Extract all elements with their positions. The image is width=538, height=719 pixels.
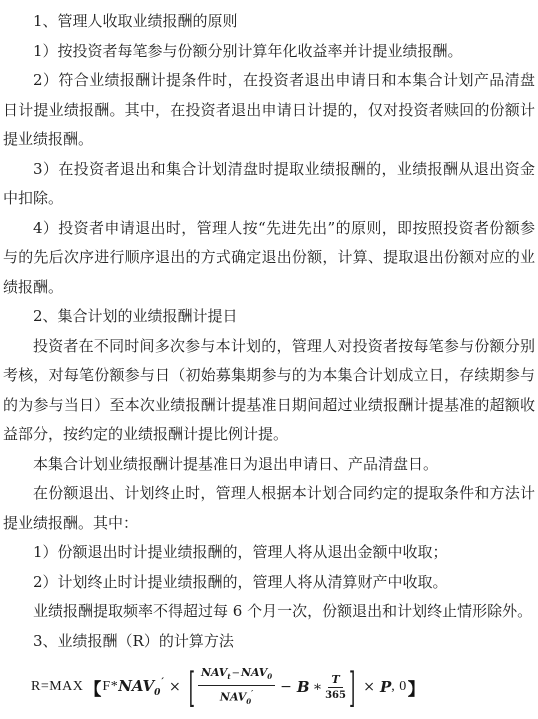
formula-return-denominator: NAV0′ [220,686,253,708]
principle-item-4: 4）投资者申请退出时，管理人按“先进先出”的原则，即按照投资者份额参与的先后次序… [3,214,535,303]
formula-close-square-bracket: ] [349,663,355,711]
formula-asterisk: ∗ [313,679,323,695]
extraction-item-1: 1）份额退出时计提业绩报酬的，管理人将从退出金额中收取； [3,538,535,568]
extraction-method-paragraph: 在份额退出、计划终止时，管理人根据本计划合同约定的提取条件和方法计提业绩报酬。其… [3,479,535,538]
benchmark-day-paragraph: 本集合计划业绩报酬计提基准日为退出申请日、产品清盘日。 [3,450,535,480]
formula-minus: − [280,679,292,695]
formula-time-numerator: T [328,673,342,688]
principle-item-2: 2）符合业绩报酬计提条件时，在投资者退出申请日和本集合计划产品清盘日计提业绩报酬… [3,66,535,155]
performance-fee-formula: R=MAX 【 F* NAV0′ × [ NAVt − NAV0 NAV0′ −… [3,656,535,718]
formula-open-bold-bracket: 【 [84,675,101,700]
section-heading-1: 1、管理人收取业绩报酬的原则 [3,7,535,37]
frequency-paragraph: 业绩报酬提取频率不得超过每 6 个月一次，份额退出和计划终止情形除外。 [3,597,535,627]
extraction-item-2: 2）计划终止时计提业绩报酬的，管理人将从清算财产中收取。 [3,568,535,598]
formula-ratio-p: P [380,678,391,696]
formula-nav-t: NAVt [201,666,231,683]
section-heading-2: 2、集合计划的业绩报酬计提日 [3,302,535,332]
formula-days-365: 365 [325,689,346,702]
section-heading-3: 3、业绩报酬（R）的计算方法 [3,627,535,657]
formula-time-denominator: 365 [325,688,346,702]
formula-nav-0: NAV0 [241,666,272,683]
formula-nav-0-prime: NAV0′ [220,687,253,708]
principle-item-3: 3）在投资者退出和集合计划清盘时提取业绩报酬的，业绩报酬从退出资金中扣除。 [3,155,535,214]
formula-lhs: R=MAX [31,679,83,695]
document-page: 1、管理人收取业绩报酬的原则 1）按投资者每笔参与份额分别计算年化收益率并计提业… [0,0,538,719]
formula-time-fraction: T 365 [325,673,346,702]
formula-return-numerator: NAVt − NAV0 [198,666,275,685]
formula-nav0-prime-term: NAV0′ [118,677,164,698]
accrual-day-paragraph: 投资者在不同时间多次参与本计划的，管理人对投资者按每笔参与份额分别考核，对每笔份… [3,332,535,450]
formula-minus-small: − [232,667,240,680]
formula-t-var: T [331,673,339,686]
principle-item-1: 1）按投资者每笔参与份额分别计算年化收益率并计提业绩报酬。 [3,37,535,67]
formula-comma-zero: , 0 [391,679,407,695]
formula-times-2: × [363,679,375,695]
formula-return-fraction: NAVt − NAV0 NAV0′ [198,666,275,707]
formula-close-bold-bracket: 】 [408,675,425,700]
formula-times-1: × [169,679,181,695]
formula-coefficient: F* [102,679,118,695]
formula-open-square-bracket: [ [189,663,195,711]
formula-benchmark-b: B [297,678,310,696]
